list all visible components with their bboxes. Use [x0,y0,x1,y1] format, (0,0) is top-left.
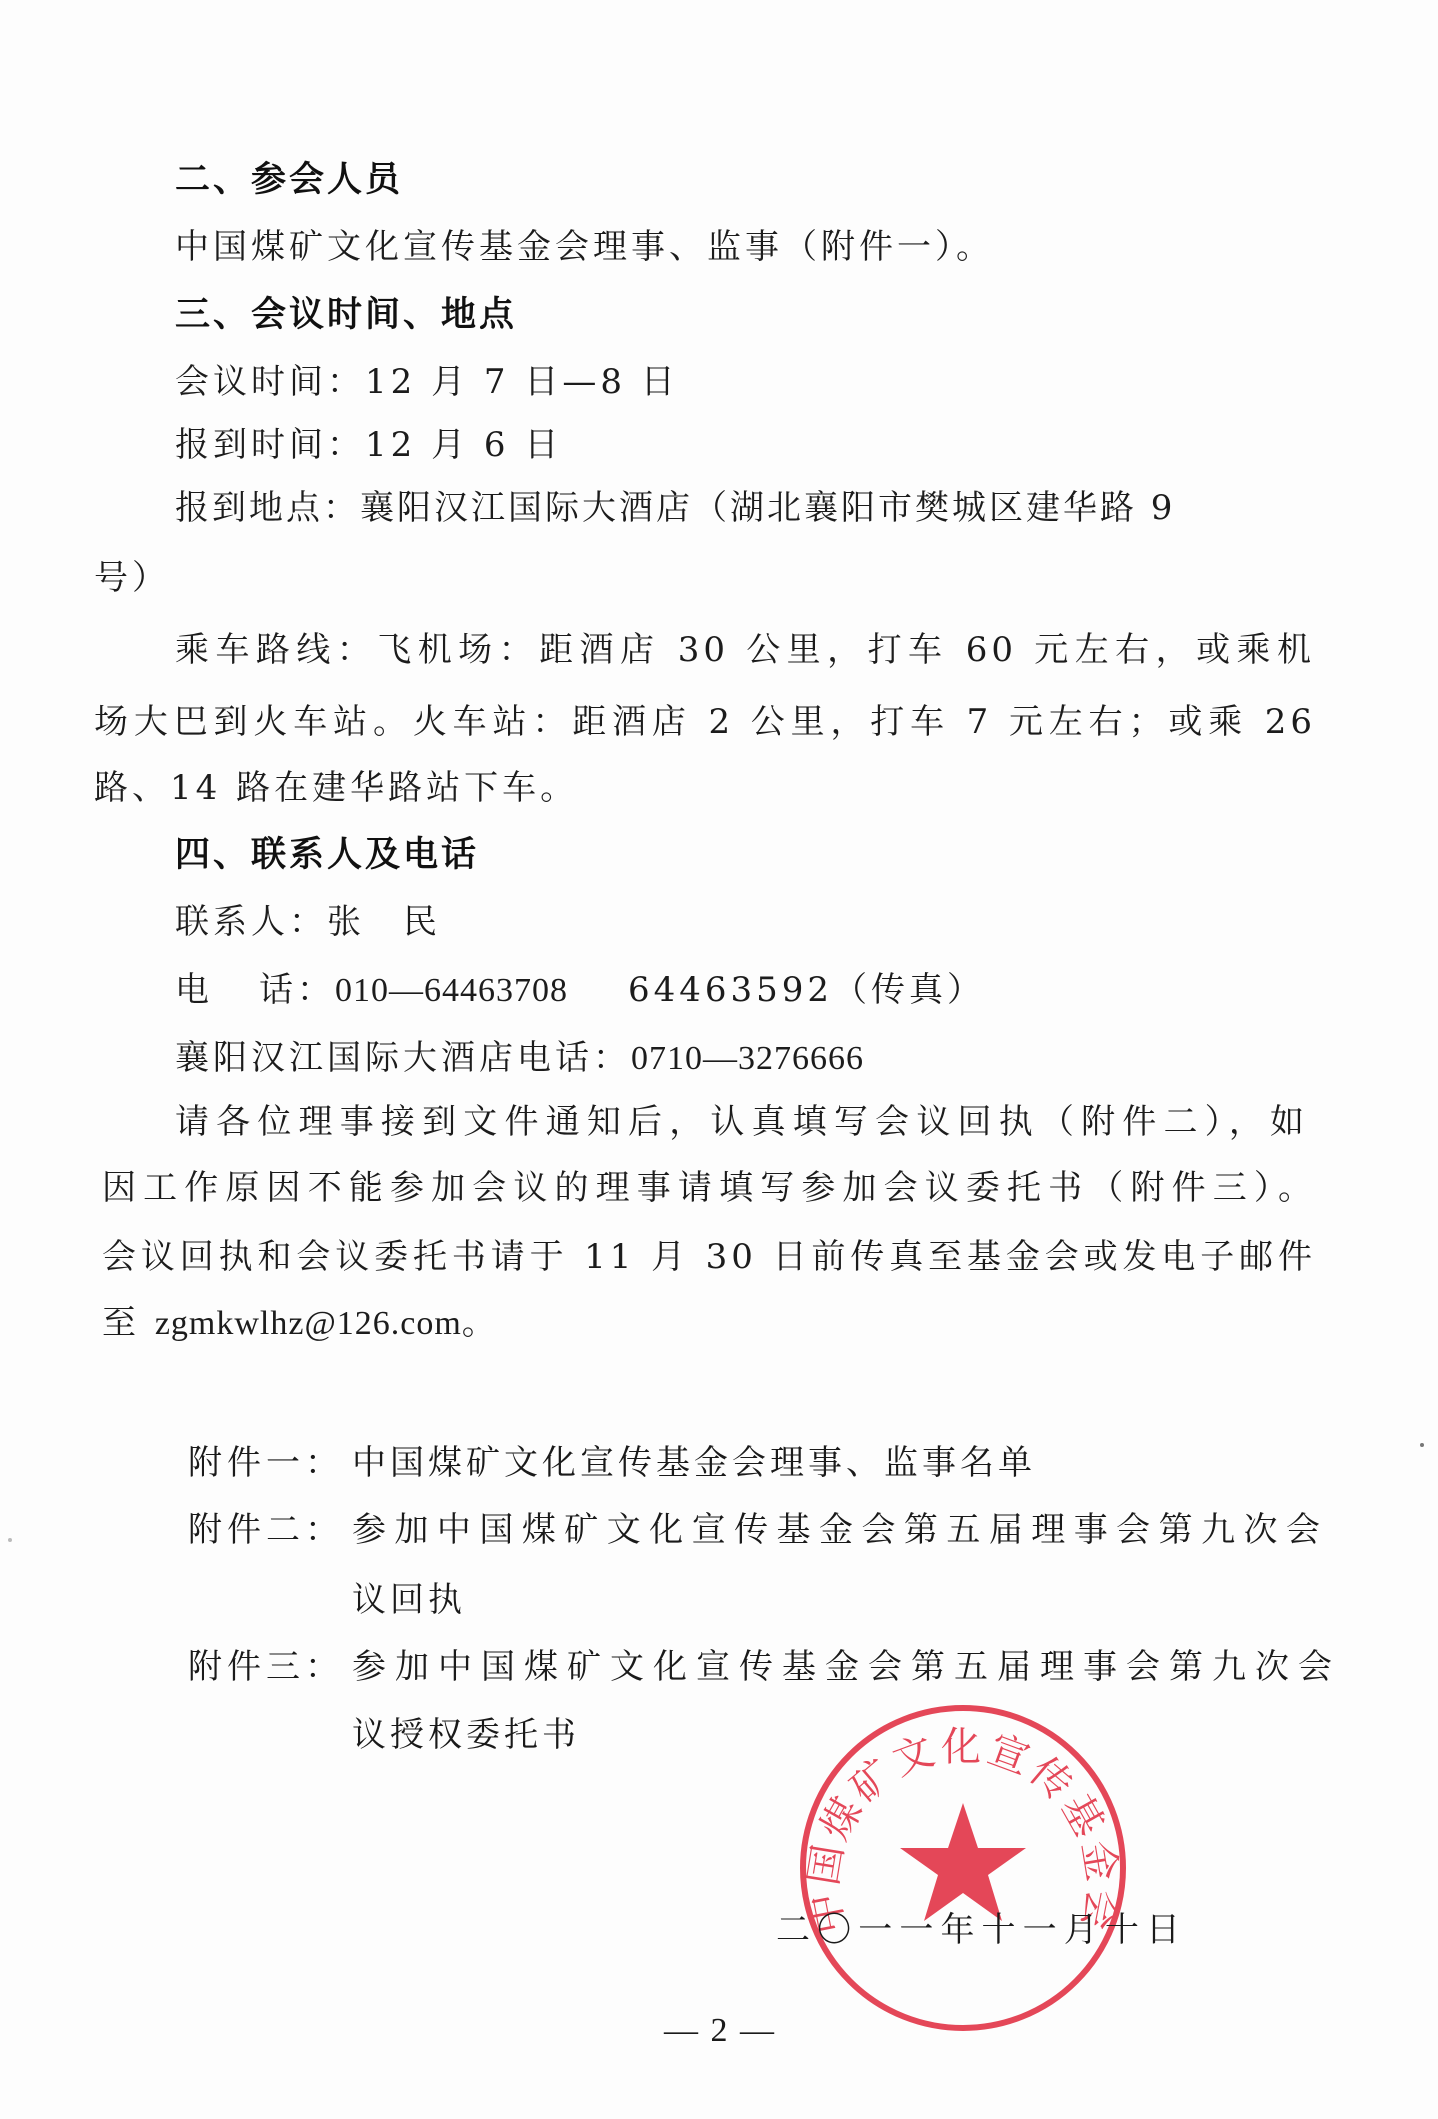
scan-speck [8,1538,12,1542]
section-heading-time-place: 三、会议时间、地点 [175,285,517,345]
notice-line-2: 因工作原因不能参加会议的理事请填写参加会议委托书（附件三）。 [102,1158,1316,1218]
route-line-3: 路、14 路在建华路站下车。 [94,758,578,818]
contact-line: 联系人：张 民 [175,892,441,952]
attachment-3-title-line-1: 参加中国煤矿文化宣传基金会第五届理事会第九次会 [352,1637,1332,1697]
notice-line-3: 会议回执和会议委托书请于 11 月 30 日前传真至基金会或发电子邮件 [102,1227,1316,1287]
attachment-2-title-line-2: 议回执 [352,1570,466,1630]
phone-number: 010—64463708 [335,972,568,1009]
notice-suffix: 。 [462,1303,500,1343]
phone-label-b: 话： [259,970,335,1010]
attachment-2-label: 附件二： [188,1500,344,1560]
notice-line-1: 请各位理事接到文件通知后，认真填写会议回执（附件二），如 [175,1092,1308,1152]
checkin-place-line-2: 号） [94,548,170,608]
fax-number: 64463592（传真） [628,970,985,1010]
email-address[interactable]: zgmkwlhz@126.com [155,1305,462,1342]
meeting-time-label: 会议时间： [175,362,365,402]
hotel-phone-label: 襄阳汉江国际大酒店电话： [175,1038,631,1078]
hotel-phone-number: 0710—3276666 [631,1040,864,1077]
official-seal: 中国煤矿文化宣传基金会 [798,1703,1128,2033]
notice-line-4: 至 zgmkwlhz@126.com。 [102,1293,500,1353]
checkin-time-line: 报到时间：12 月 6 日 [175,415,562,475]
route-line-1: 乘车路线：飞机场：距酒店 30 公里，打车 60 元左右，或乘机 [175,620,1315,680]
checkin-place-label: 报到地点： [175,488,360,528]
checkin-place-value: 襄阳汉江国际大酒店（湖北襄阳市樊城区建华路 9 [360,488,1175,528]
attachment-3-label: 附件三： [188,1637,344,1697]
attachment-1-label: 附件一： [188,1433,344,1493]
attachment-1-title: 中国煤矿文化宣传基金会理事、监事名单 [352,1433,1036,1493]
scan-speck [1420,1443,1424,1447]
page-number: — 2 — [640,2003,800,2059]
contact-label: 联系人： [175,902,327,942]
checkin-place-line: 报到地点：襄阳汉江国际大酒店（湖北襄阳市樊城区建华路 9 [175,478,1175,538]
route-line-2: 场大巴到火车站。火车站：距酒店 2 公里，打车 7 元左右；或乘 26 [94,692,1316,752]
contact-name: 张 民 [327,902,441,942]
attachment-3-title-line-2: 议授权委托书 [352,1705,580,1765]
checkin-time-value: 12 月 6 日 [365,425,562,465]
meeting-time-value: 12 月 7 日—8 日 [365,362,679,402]
section-heading-contact: 四、联系人及电话 [175,825,479,885]
phone-label-a: 电 [175,970,213,1010]
hotel-phone-line: 襄阳汉江国际大酒店电话：0710—3276666 [175,1028,864,1088]
phone-line: 电话：010—6446370864463592（传真） [175,960,985,1020]
notice-prefix: 至 [102,1303,155,1343]
section-heading-attendees: 二、参会人员 [175,150,403,210]
attachment-2-title-line-1: 参加中国煤矿文化宣传基金会第五届理事会第九次会 [352,1500,1320,1560]
attendees-text: 中国煤矿文化宣传基金会理事、监事（附件一）。 [175,217,994,277]
meeting-time-line: 会议时间：12 月 7 日—8 日 [175,352,679,412]
document-page: 二、参会人员 中国煤矿文化宣传基金会理事、监事（附件一）。 三、会议时间、地点 … [0,0,1438,2119]
checkin-time-label: 报到时间： [175,425,365,465]
document-date: 二〇一一年十一月十日 [776,1900,1180,1960]
